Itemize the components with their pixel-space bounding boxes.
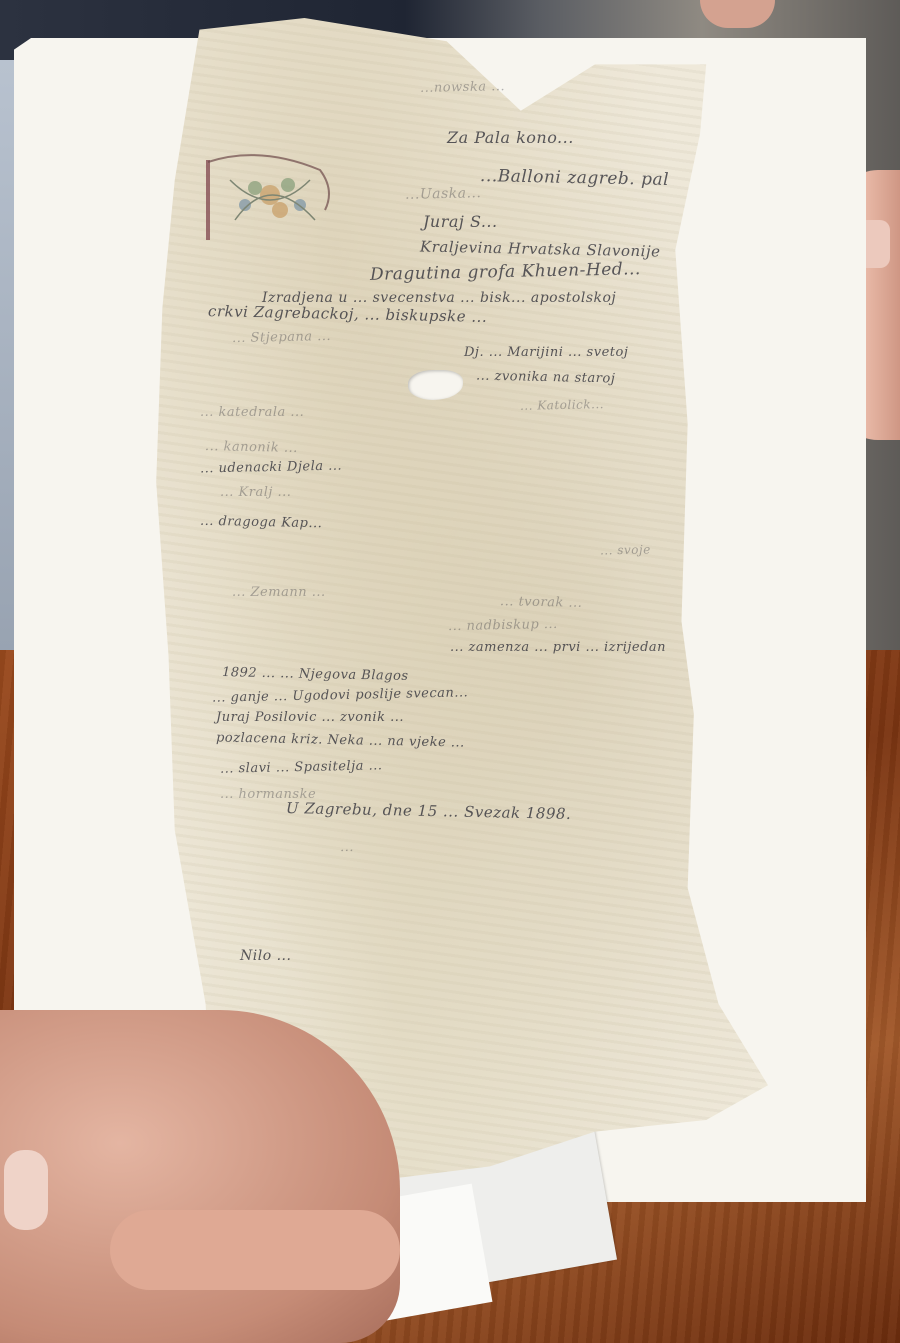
handwritten-line: ... katedrala ... (200, 405, 304, 420)
handwritten-line: ... kanonik ... (205, 439, 298, 456)
handwritten-line: ... zamenza ... prvi ... izrijedan (450, 640, 666, 655)
handwritten-line: ... Zemann ... (232, 585, 326, 600)
handwritten-line: ... Katolick... (520, 397, 604, 413)
handwritten-line: ... svoje (600, 542, 651, 557)
handwritten-line: ... zvonika na staroj (476, 369, 616, 387)
handwritten-line: Dj. ... Marijini ... svetoj (464, 345, 628, 360)
handwritten-line: ... udenacki Djela ... (200, 459, 342, 477)
handwritten-line: ... dragoga Kap... (200, 514, 323, 532)
handwritten-line: ... Stjepana ... (232, 329, 331, 346)
handwritten-line: ... tvorak ... (500, 594, 583, 611)
left-finger (110, 1210, 400, 1290)
handwritten-line: ... (340, 840, 354, 855)
handwritten-line: ...nowska ... (420, 79, 505, 96)
handwritten-line: Juraj S... (423, 212, 498, 231)
handwritten-line: ... nadbiskup ... (448, 617, 558, 634)
handwritten-line: ... Kralj ... (220, 485, 291, 500)
handwritten-line: Nilo ... (240, 948, 291, 964)
left-thumbnail (4, 1150, 48, 1230)
handwritten-line: Za Pala kono... (447, 128, 574, 147)
floral-ornament-icon (200, 150, 350, 245)
handwritten-line: ...Uaska... (405, 185, 482, 203)
handwritten-line: ...Balloni zagreb. pal (480, 166, 669, 190)
left-hand (0, 1010, 400, 1343)
handwritten-line: Juraj Posilovic ... zvonik ... (216, 710, 404, 725)
